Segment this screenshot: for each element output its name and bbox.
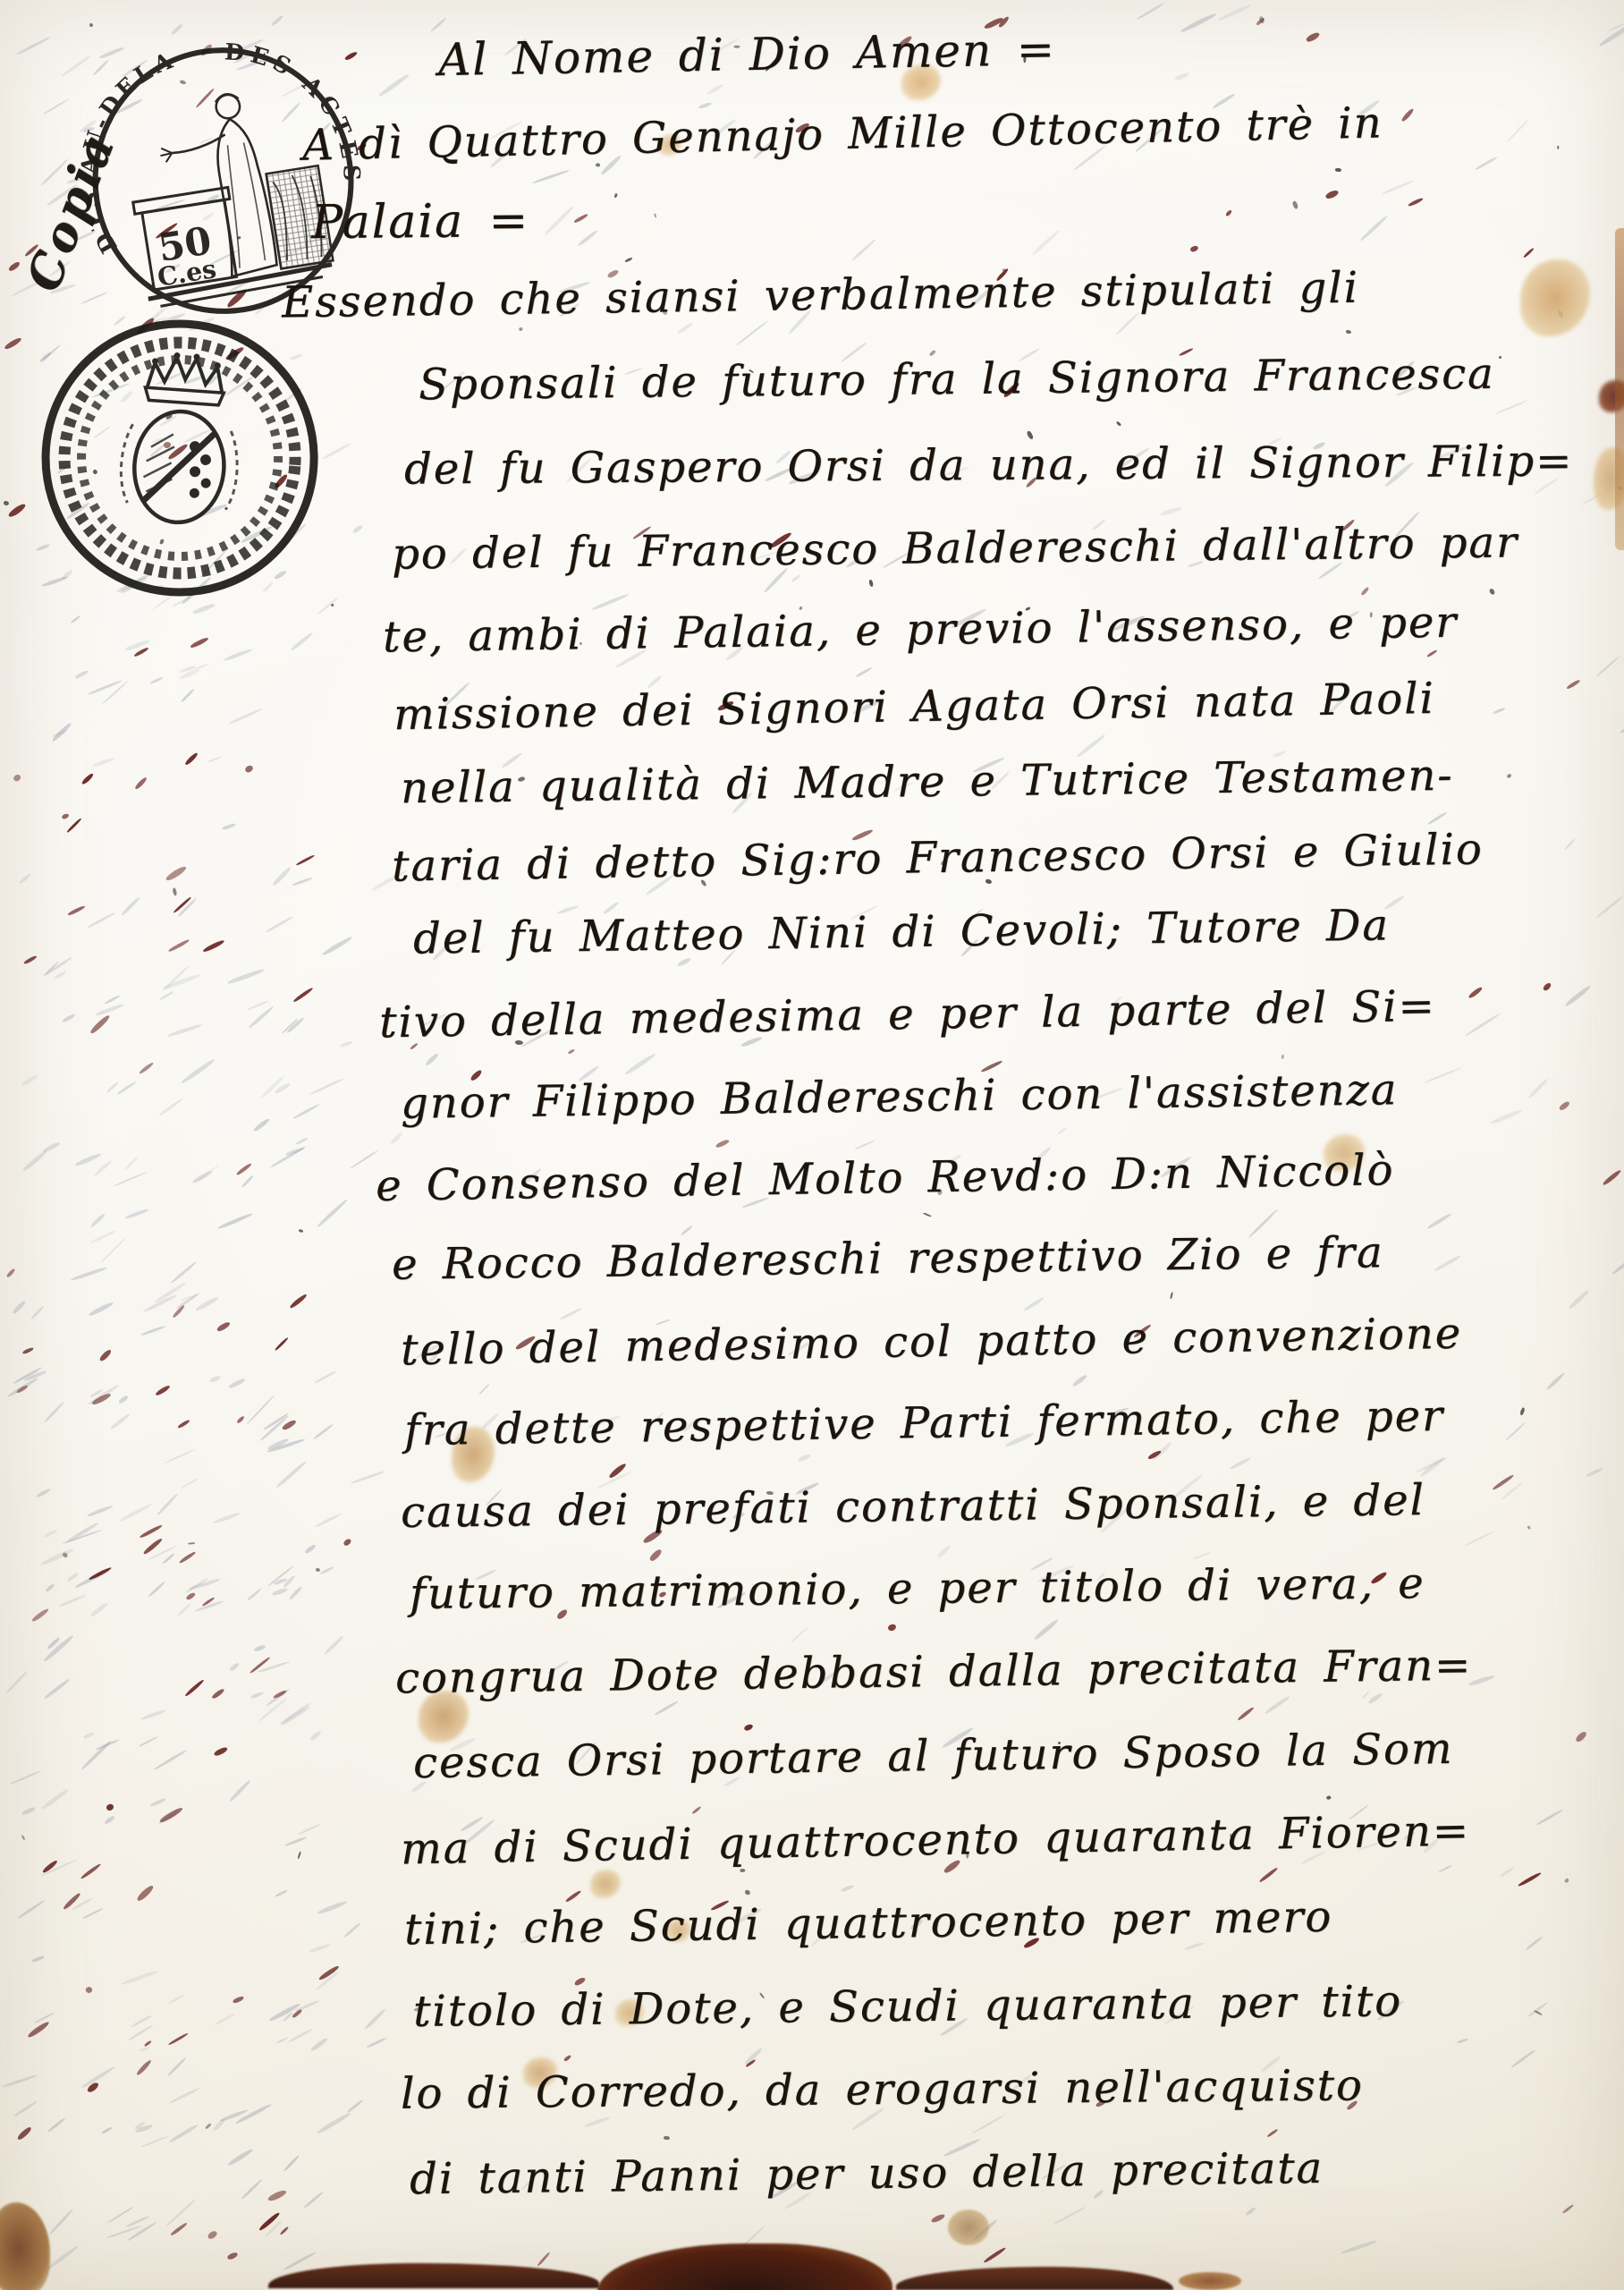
ink-fleck: [201, 1597, 215, 1607]
ink-fleck: [215, 2013, 235, 2026]
ink-fleck: [295, 1999, 320, 2013]
ink-fleck: [289, 1586, 303, 1600]
ink-fleck: [89, 1229, 117, 1244]
ink-fleck: [109, 1412, 131, 1430]
ink-fleck: [1500, 1866, 1516, 1879]
ink-fleck: [181, 688, 195, 702]
ink-fleck: [1595, 656, 1620, 677]
ink-fleck: [259, 1415, 289, 1443]
ink-fleck: [1527, 1525, 1531, 1530]
ink-fleck: [223, 648, 252, 662]
ink-fleck: [1495, 399, 1528, 414]
ink-fleck: [258, 1697, 287, 1722]
ink-fleck: [1218, 3, 1253, 22]
ink-fleck: [289, 1293, 308, 1309]
manuscript-line: del fu Gaspero Orsi da una, ed il Signor…: [404, 436, 1574, 494]
manuscript-line: po del fu Francesco Baldereschi dall'alt…: [392, 517, 1518, 579]
ink-fleck: [89, 1388, 103, 1398]
ink-fleck: [140, 2046, 151, 2052]
ink-fleck: [246, 1395, 275, 1425]
ink-fleck: [83, 1732, 95, 1741]
ink-fleck: [1465, 1531, 1495, 1547]
ink-fleck: [281, 1018, 299, 1035]
ink-fleck: [290, 632, 314, 652]
ink-fleck: [41, 1859, 58, 1874]
ink-fleck: [1259, 1866, 1279, 1882]
ink-fleck: [1341, 2239, 1378, 2255]
ink-fleck: [266, 2189, 287, 2203]
ink-fleck: [228, 1377, 246, 1388]
ink-fleck: [698, 101, 712, 109]
manuscript-line: cesca Orsi portare al futuro Sposo la So…: [413, 1724, 1454, 1788]
ink-fleck: [21, 1806, 36, 1816]
ink-fleck: [141, 1326, 166, 1337]
ink-fleck: [1023, 1296, 1045, 1311]
ink-fleck: [99, 46, 126, 60]
ink-fleck: [292, 1103, 319, 1119]
ink-fleck: [346, 2099, 363, 2113]
ink-fleck: [706, 83, 723, 95]
ink-fleck: [175, 1293, 199, 1310]
ink-fleck: [1542, 981, 1552, 992]
ink-fleck: [191, 1169, 213, 1184]
ink-fleck: [253, 1117, 270, 1132]
ink-fleck: [1568, 1288, 1590, 1310]
ink-fleck: [26, 2021, 49, 2040]
ink-fleck: [43, 1678, 70, 1701]
ink-fleck: [855, 1140, 875, 1150]
ink-fleck: [887, 1623, 897, 1632]
ink-fleck: [1256, 17, 1265, 27]
ink-fleck: [168, 2032, 189, 2046]
ink-fleck: [40, 1548, 74, 1567]
foxing-spot: [590, 1870, 621, 1898]
ink-fleck: [275, 1889, 289, 1897]
ink-fleck: [80, 1863, 101, 1880]
ink-fleck: [309, 1943, 331, 1954]
ink-fleck: [16, 2125, 32, 2141]
ink-fleck: [317, 596, 340, 615]
ink-fleck: [45, 1583, 55, 1593]
manuscript-line: missione dei Signori Agata Orsi nata Pao…: [393, 674, 1436, 740]
ink-fleck: [296, 1137, 309, 1145]
ink-fleck: [798, 1453, 812, 1463]
ink-fleck: [217, 1212, 253, 1230]
ink-fleck: [274, 1081, 291, 1095]
ink-fleck: [128, 2024, 154, 2041]
ink-fleck: [44, 1529, 58, 1539]
ink-fleck: [1475, 156, 1498, 171]
ink-fleck: [1490, 1108, 1522, 1125]
ink-fleck: [229, 1779, 252, 1802]
ink-fleck: [624, 257, 633, 263]
ink-fleck: [1360, 587, 1369, 597]
shield-bend: [144, 428, 215, 505]
ink-fleck: [67, 904, 85, 916]
ink-fleck: [107, 2206, 134, 2224]
ink-fleck: [1557, 145, 1559, 149]
ink-fleck: [140, 1709, 166, 1721]
ink-fleck: [272, 1587, 288, 1597]
ink-fleck: [1526, 1936, 1543, 1950]
ink-fleck: [1488, 588, 1495, 596]
ink-fleck: [1147, 1450, 1162, 1461]
ink-fleck: [63, 1529, 102, 1545]
ink-fleck: [235, 1162, 251, 1176]
ink-fleck: [7, 502, 27, 519]
ink-fleck: [715, 1138, 730, 1149]
ink-fleck: [88, 1383, 120, 1405]
ink-fleck: [159, 1098, 184, 1116]
ink-fleck: [23, 1370, 47, 1382]
ink-fleck: [246, 1000, 268, 1011]
ink-fleck: [37, 1488, 51, 1497]
ink-fleck: [47, 1636, 61, 1650]
ink-fleck: [212, 2117, 226, 2132]
ink-fleck: [89, 1014, 112, 1035]
ink-fleck: [367, 2037, 387, 2048]
ink-fleck: [74, 1569, 109, 1590]
ink-fleck: [297, 1823, 320, 1835]
ink-fleck: [133, 647, 148, 657]
ink-fleck: [87, 912, 115, 929]
ink-fleck: [226, 2251, 238, 2260]
ink-fleck: [9, 1769, 42, 1785]
ink-fleck: [1528, 1078, 1549, 1099]
ink-fleck: [271, 14, 284, 27]
ink-fleck: [314, 1370, 336, 1384]
ink-fleck: [54, 970, 67, 980]
ink-fleck: [318, 1964, 340, 1981]
seal-laurel-wreath: [56, 335, 302, 581]
ink-fleck: [162, 964, 190, 992]
ink-fleck: [131, 2014, 152, 2028]
ink-fleck: [931, 2212, 945, 2223]
ink-fleck: [171, 23, 183, 36]
ink-fleck: [42, 1141, 60, 1154]
ink-fleck: [75, 1152, 102, 1167]
ink-fleck: [1506, 773, 1512, 779]
ink-fleck: [167, 1023, 203, 1038]
ink-fleck: [316, 1568, 320, 1572]
ink-fleck: [936, 1544, 952, 1559]
ink-fleck: [170, 1260, 197, 1284]
ink-fleck: [121, 1969, 159, 1985]
ink-fleck: [1306, 31, 1321, 44]
ink-fleck: [155, 1282, 187, 1304]
ink-fleck: [15, 1385, 28, 1395]
ink-fleck: [275, 2037, 288, 2044]
ink-fleck: [17, 1899, 45, 1920]
ink-fleck: [309, 1730, 321, 1742]
ink-fleck: [740, 1868, 746, 1872]
ink-fleck: [283, 2012, 293, 2023]
ink-fleck: [430, 17, 447, 33]
ink-fleck: [343, 1922, 362, 1939]
ink-fleck: [1416, 1456, 1448, 1473]
ink-fleck: [243, 763, 254, 773]
ink-fleck: [168, 1994, 185, 2005]
ink-fleck: [1611, 1251, 1624, 1276]
ink-fleck: [82, 1907, 104, 1920]
ink-fleck: [207, 2230, 218, 2241]
ink-fleck: [1527, 2002, 1547, 2018]
ink-fleck: [1519, 1407, 1525, 1416]
ink-fleck: [577, 229, 598, 247]
ink-fleck: [118, 1394, 129, 1404]
manuscript-line: di tanti Panni per uso della precitata: [410, 2143, 1324, 2204]
ink-fleck: [1174, 71, 1189, 81]
ink-fleck: [283, 2252, 317, 2272]
ink-fleck: [89, 1301, 114, 1317]
ink-fleck: [236, 1415, 245, 1424]
ink-fleck: [235, 2102, 273, 2125]
ink-fleck: [98, 1348, 113, 1362]
ink-fleck: [124, 639, 149, 651]
laurel-sprig: [159, 147, 173, 163]
ink-fleck: [180, 1057, 215, 1084]
manuscript-line: tivo della medesima e per la parte del S…: [379, 981, 1436, 1048]
ink-fleck: [226, 968, 265, 986]
ink-fleck: [148, 1581, 165, 1598]
ink-fleck: [229, 1662, 240, 1672]
ink-fleck: [66, 818, 82, 834]
ink-fleck: [89, 1213, 106, 1229]
ink-fleck: [364, 2008, 386, 2031]
ink-fleck: [49, 2209, 73, 2235]
ink-fleck: [390, 1131, 403, 1144]
ink-fleck: [1506, 119, 1529, 143]
ink-fleck: [1408, 197, 1424, 207]
manuscript-line: Al Nome di Dio Amen =: [438, 23, 1057, 86]
ink-fleck: [140, 1524, 163, 1539]
ink-fleck: [743, 1723, 754, 1732]
manuscript-line: tello del medesimo col patto e convenzio…: [401, 1309, 1463, 1376]
ink-fleck: [134, 2124, 152, 2133]
ink-fleck: [155, 1384, 170, 1396]
ink-fleck: [1434, 1254, 1462, 1273]
ink-fleck: [1189, 244, 1199, 253]
manuscript-line: taria di detto Sig:ro Francesco Orsi e G…: [392, 824, 1484, 891]
manuscript-line: gnor Filippo Baldereschi con l'assistenz…: [401, 1064, 1399, 1129]
ink-fleck: [560, 1307, 583, 1320]
ink-fleck: [58, 1594, 86, 1607]
ink-fleck: [315, 1513, 342, 1528]
ink-fleck: [288, 2028, 313, 2043]
stain: [1179, 2272, 1241, 2290]
ink-fleck: [274, 1578, 287, 1586]
ink-fleck: [88, 1504, 114, 1517]
ink-fleck: [159, 990, 174, 1001]
ink-fleck: [181, 1478, 200, 1490]
ink-fleck: [1259, 15, 1266, 24]
ink-fleck: [241, 1175, 255, 1188]
ink-fleck: [1595, 895, 1624, 919]
document-page: Copia: [0, 0, 1624, 2290]
ink-fleck: [425, 1052, 439, 1066]
ink-fleck: [247, 1588, 263, 1602]
ink-fleck: [22, 1149, 48, 1172]
ink-fleck: [310, 1077, 345, 1095]
ink-fleck: [173, 895, 193, 913]
ink-fleck: [519, 327, 523, 332]
ink-fleck: [655, 1701, 679, 1717]
ink-fleck: [1426, 1212, 1451, 1230]
ink-fleck: [293, 987, 315, 1004]
ink-fleck: [127, 2221, 157, 2242]
ink-fleck: [194, 1295, 219, 1312]
ink-fleck: [1457, 2038, 1468, 2044]
manuscript-line: Palaia =: [311, 194, 530, 250]
ink-fleck: [1180, 12, 1217, 33]
ink-fleck: [681, 1226, 693, 1237]
ink-fleck: [123, 1156, 138, 1171]
ink-fleck: [1564, 985, 1591, 1008]
ink-fleck: [81, 772, 95, 785]
ink-fleck: [1505, 1421, 1526, 1441]
ink-fleck: [1367, 1692, 1383, 1705]
ink-fleck: [1465, 1013, 1501, 1037]
manuscript-line: congrua Dote debbasi dalla precitata Fra…: [395, 1641, 1473, 1704]
ink-fleck: [1559, 1099, 1571, 1111]
ink-fleck: [103, 1814, 114, 1825]
ink-fleck: [273, 1689, 287, 1700]
ink-fleck: [23, 955, 38, 966]
ink-fleck: [62, 1014, 76, 1024]
ink-fleck: [258, 2211, 281, 2232]
ink-fleck: [167, 2057, 187, 2077]
stain: [597, 2243, 892, 2290]
ink-fleck: [70, 615, 80, 623]
ink-fleck: [74, 669, 89, 679]
manuscript-line: titolo di Dote, e Scudi quaranta per tit…: [413, 1976, 1403, 2037]
ink-fleck: [280, 1702, 311, 1726]
ink-fleck: [184, 752, 199, 767]
ink-fleck: [86, 2081, 99, 2093]
ink-fleck: [744, 1889, 750, 1896]
ink-fleck: [157, 1809, 179, 1825]
ink-fleck: [51, 722, 72, 742]
ink-fleck: [1438, 1864, 1452, 1873]
ink-fleck: [744, 2046, 763, 2065]
ink-fleck: [31, 1607, 49, 1623]
ink-fleck: [283, 1575, 295, 1589]
ink-fleck: [149, 1797, 165, 1807]
ink-fleck: [304, 1543, 317, 1555]
ink-fleck: [89, 23, 93, 27]
ink-fleck: [40, 1788, 69, 1811]
ink-fleck: [282, 1419, 298, 1431]
ink-fleck: [7, 1377, 38, 1398]
manuscript-line: fra dette respettive Parti fermato, che …: [404, 1391, 1445, 1455]
ink-fleck: [283, 2154, 299, 2171]
ink-fleck: [80, 2065, 116, 2089]
ink-fleck: [574, 213, 589, 224]
ink-fleck: [13, 773, 22, 783]
stain: [948, 2209, 989, 2245]
ink-fleck: [791, 573, 801, 582]
ink-fleck: [1562, 2204, 1574, 2214]
ink-fleck: [205, 2122, 212, 2129]
ink-fleck: [125, 2215, 148, 2228]
ink-fleck: [18, 872, 31, 885]
manuscript-line: e Rocco Baldereschi respettivo Zio e fra: [392, 1227, 1384, 1290]
ink-fleck: [62, 812, 70, 819]
ink-fleck: [180, 665, 197, 674]
ink-fleck: [296, 854, 316, 867]
ink-fleck: [1326, 1795, 1332, 1801]
ink-fleck: [567, 1048, 575, 1055]
ink-fleck: [44, 1401, 65, 1423]
ink-fleck: [67, 1572, 80, 1583]
ink-fleck: [563, 2055, 571, 2062]
ink-fleck: [91, 1392, 112, 1406]
ink-fleck: [66, 1522, 99, 1544]
ink-fleck: [46, 2244, 79, 2270]
ink-fleck: [1566, 679, 1581, 691]
stain: [0, 2202, 50, 2290]
ink-fleck: [113, 1171, 148, 1187]
ink-fleck: [292, 877, 314, 886]
notarial-seal-graphic: [26, 303, 334, 611]
ink-fleck: [207, 757, 222, 764]
ink-fleck: [118, 1503, 152, 1523]
ink-fleck: [177, 897, 198, 918]
ink-fleck: [339, 1040, 353, 1048]
ink-fleck: [180, 1293, 200, 1302]
ink-fleck: [565, 1890, 581, 1903]
ink-fleck: [143, 2040, 151, 2048]
ink-fleck: [855, 666, 871, 677]
manuscript-line: lo di Corredo, da erogarsi nell'acquisto: [401, 2060, 1364, 2118]
ink-fleck: [299, 1229, 303, 1234]
ink-fleck: [178, 1419, 190, 1429]
ink-fleck: [841, 1884, 855, 1893]
ink-fleck: [321, 935, 352, 956]
ink-fleck: [213, 1746, 228, 1758]
ink-fleck: [265, 916, 293, 934]
ink-fleck: [156, 1492, 179, 1516]
ink-fleck: [106, 2225, 143, 2239]
ink-fleck: [47, 2117, 66, 2133]
ink-fleck: [185, 1678, 206, 1697]
ink-fleck: [1137, 3, 1165, 21]
ink-fleck: [70, 1266, 107, 1282]
ink-fleck: [1053, 2206, 1087, 2226]
ink-fleck: [173, 887, 178, 896]
ink-fleck: [984, 2247, 1007, 2265]
ink-fleck: [310, 2037, 329, 2053]
ink-fleck: [648, 1548, 663, 1562]
ink-fleck: [177, 1602, 192, 1616]
ink-fleck: [101, 2126, 113, 2134]
ink-fleck: [1575, 1730, 1588, 1743]
ink-fleck: [544, 204, 574, 235]
ink-fleck: [1359, 215, 1388, 242]
ink-fleck: [95, 1738, 119, 1751]
ink-fleck: [377, 73, 410, 98]
ink-fleck: [233, 1995, 245, 2004]
ink-fleck: [1335, 168, 1341, 173]
ink-fleck: [153, 1749, 187, 1770]
ink-fleck: [250, 1656, 271, 1674]
ink-fleck: [790, 1627, 808, 1644]
ink-fleck: [267, 1565, 293, 1587]
ink-fleck: [13, 2099, 38, 2117]
ink-fleck: [317, 1198, 349, 1228]
ink-fleck: [92, 756, 115, 768]
ink-fleck: [168, 2124, 199, 2144]
